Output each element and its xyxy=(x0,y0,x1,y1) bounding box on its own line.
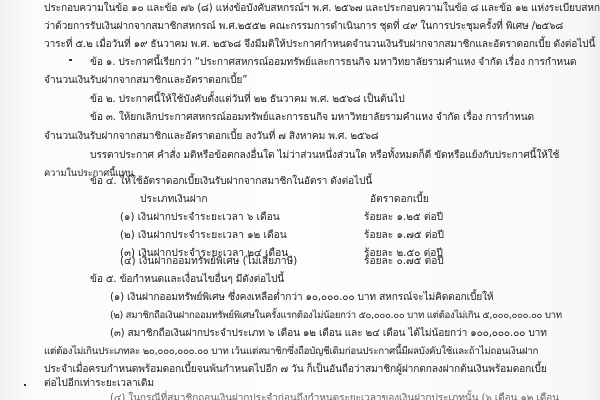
speck-mark xyxy=(24,384,26,386)
deposit-type-2: (๒) เงินฝากประจำระยะเวลา ๑๒ เดือน xyxy=(120,229,287,243)
clause-5-continuation-1: แต่ต้องไม่เกินประเภทละ ๒๐,๐๐๐,๐๐๐.๐๐ บาท… xyxy=(44,345,538,359)
deposit-rate-2: ร้อยละ ๑.๗๕ ต่อปี xyxy=(364,229,444,243)
override-line-1: บรรดาประกาศ คำสั่ง มติหรือข้อตกลงอื่นใด … xyxy=(90,149,559,163)
clause-5-item-4-cutoff: (๔) ในกรณีที่สมาชิกถอนเงินฝากประจำก่อนถึ… xyxy=(110,392,559,400)
document-page: ประกอบความในข้อ ๑๐ และข้อ ๗๖ (๘) แห่งข้อ… xyxy=(0,0,600,400)
deposit-rate-4: ร้อยละ ๐.๗๕ ต่อปี xyxy=(364,255,444,269)
clause-1-line-1: ข้อ ๑. ประกาศนี้เรียกว่า “ประกาศสหกรณ์ออ… xyxy=(90,56,576,70)
clause-1-line-2: จำนวนเงินรับฝากจากสมาชิกและอัตราดอกเบี้ย… xyxy=(44,74,247,88)
deposit-type-4: (๔) เงินฝากออมทรัพย์พิเศษ (ไม่เสียภาษี) xyxy=(120,255,297,269)
clause-5-continuation-2: ประจำเมื่อครบกำหนดพร้อมดอกเบี้ยจนพ้นกำหน… xyxy=(44,363,547,377)
clause-5-heading: ข้อ ๕. ข้อกำหนดและเงื่อนไขอื่นๆ มีดังต่อ… xyxy=(90,273,284,287)
clause-2: ข้อ ๒. ประกาศนี้ให้ใช้บังคับตั้งแต่วันที… xyxy=(90,93,405,107)
intro-line-1: ประกอบความในข้อ ๑๐ และข้อ ๗๖ (๘) แห่งข้อ… xyxy=(44,2,600,16)
deposit-type-1: (๑) เงินฝากประจำระยะเวลา ๖ เดือน xyxy=(120,211,280,225)
clause-3-line-2: จำนวนเงินรับฝากจากสมาชิกและอัตราดอกเบี้ย… xyxy=(44,130,379,144)
clause-5-continuation-3: ต่อไปอีกเท่าระยะเวลาเดิม xyxy=(44,377,154,391)
clause-4-heading: ข้อ ๔. ให้ใช้อัตราดอกเบี้ยเงินรับฝากจากส… xyxy=(90,175,372,189)
speck-mark xyxy=(69,59,72,61)
table-header-rate: อัตราดอกเบี้ย xyxy=(370,193,429,207)
clause-5-item-1: (๑) เงินฝากออมทรัพย์พิเศษ ซึ่งคงเหลือต่ำ… xyxy=(110,291,493,305)
intro-line-2: ว่าด้วยการรับเงินฝากจากสมาชิกสหกรณ์ พ.ศ.… xyxy=(44,20,563,34)
clause-5-item-3: (๓) สมาชิกถือเงินฝากประจำประเภท ๖ เดือน … xyxy=(110,327,547,341)
clause-3-line-1: ข้อ ๓. ให้ยกเลิกประกาศสหกรณ์ออมทรัพย์และ… xyxy=(90,111,534,125)
intro-line-3: วาระที่ ๕.๒ เมื่อวันที่ ๑๙ ธันวาคม พ.ศ. … xyxy=(44,38,595,52)
clause-5-item-2: (๒) สมาชิกถือเงินฝากออมทรัพย์พิเศษในครั้… xyxy=(110,309,562,323)
table-header-type: ประเภทเงินฝาก xyxy=(140,193,208,207)
deposit-rate-1: ร้อยละ ๑.๒๕ ต่อปี xyxy=(364,211,443,225)
